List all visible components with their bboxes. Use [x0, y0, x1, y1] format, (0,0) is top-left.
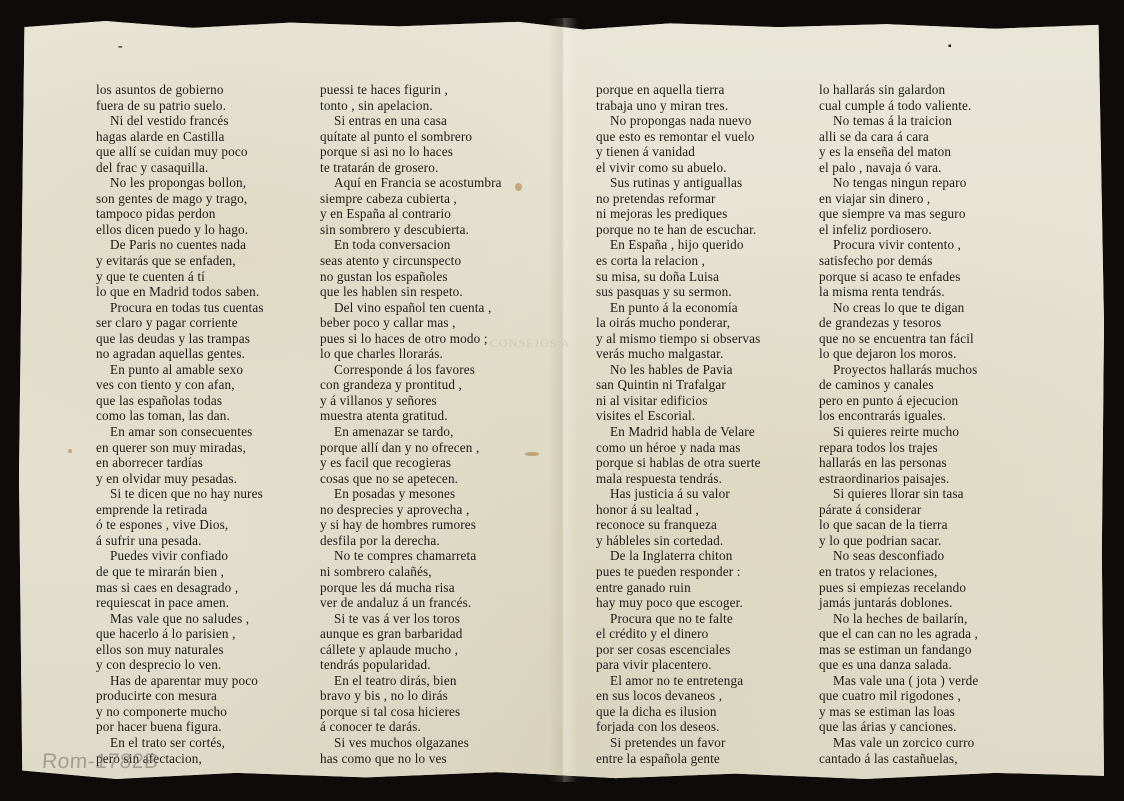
verse-line: que no se encuentra tan fácil — [819, 331, 978, 347]
verse-line: En punto á la economía — [596, 300, 761, 316]
verse-line: requiescat in pace amen. — [96, 595, 264, 611]
verse-line: Si quieres reirte mucho — [819, 424, 978, 440]
verse-line: trabaja uno y miran tres. — [596, 98, 761, 114]
verse-line: En el teatro dirás, bien — [320, 673, 502, 689]
ink-mark-left: - — [118, 40, 123, 54]
verse-line: y en olvidar muy pesadas. — [96, 471, 264, 487]
verse-line: en viajar sin dinero , — [819, 191, 978, 207]
verse-line: cállete y aplaude mucho , — [320, 642, 502, 658]
verse-line: Aquí en Francia se acostumbra — [320, 175, 502, 191]
verse-line: ni mejoras les prediques — [596, 206, 761, 222]
verse-line: y no componerte mucho — [96, 704, 264, 720]
verse-line: producirte con mesura — [96, 688, 264, 704]
verse-line: Si entras en una casa — [320, 113, 502, 129]
verse-line: porque no te han de escuchar. — [596, 222, 761, 238]
verse-line: es corta la relacion , — [596, 253, 761, 269]
verse-line: hallarás en las personas — [819, 455, 978, 471]
verse-line: para vivir placentero. — [596, 657, 761, 673]
verse-line: tampoco pidas perdon — [96, 206, 264, 222]
stain-mark — [515, 183, 522, 191]
verse-line: que las deudas y las trampas — [96, 331, 264, 347]
verse-line: entre la española gente — [596, 751, 761, 767]
verse-line: pues si empiezas recelando — [819, 580, 978, 596]
verse-line: mas si caes en desagrado , — [96, 580, 264, 596]
verse-line: En España , hijo querido — [596, 237, 761, 253]
verse-line: san Quintin ni Trafalgar — [596, 377, 761, 393]
verse-line: has como que no lo ves — [320, 751, 502, 767]
verse-line: que cuatro mil rigodones , — [819, 688, 978, 704]
verse-line: sin sombrero y descubierta. — [320, 222, 502, 238]
verse-line: que las españolas todas — [96, 393, 264, 409]
verse-line: ni al visitar edificios — [596, 393, 761, 409]
verse-line: en querer son muy miradas, — [96, 440, 264, 456]
verse-line: los encontrarás iguales. — [819, 408, 978, 424]
verse-line: que hacerlo á lo parisien , — [96, 626, 264, 642]
scanned-document: - ▪ CONSEJOS A los asuntos de gobierno f… — [0, 0, 1124, 801]
verse-line: En el trato ser cortés, — [96, 735, 264, 751]
verse-line: porque si acaso te enfades — [819, 269, 978, 285]
stain-mark — [68, 449, 72, 453]
verse-line: son gentes de mago y trago, — [96, 191, 264, 207]
verse-line: por ser cosas escenciales — [596, 642, 761, 658]
verse-line: ó te espones , vive Dios, — [96, 517, 264, 533]
verse-line: y si hay de hombres rumores — [320, 517, 502, 533]
text-column-4: lo hallarás sin galardon cual cumple á t… — [819, 82, 978, 766]
verse-line: ver de andaluz á un francés. — [320, 595, 502, 611]
verse-line: párate á considerar — [819, 502, 978, 518]
verse-line: Has de aparentar muy poco — [96, 673, 264, 689]
verse-line: su misa, su doña Luisa — [596, 269, 761, 285]
verse-line: porque si hablas de otra suerte — [596, 455, 761, 471]
verse-line: jamás juntarás doblones. — [819, 595, 978, 611]
verse-line: De la Inglaterra chiton — [596, 548, 761, 564]
verse-line: á conocer te darás. — [320, 719, 502, 735]
verse-line: no gustan los españoles — [320, 269, 502, 285]
verse-line: muestra atenta gratitud. — [320, 408, 502, 424]
verse-line: No propongas nada nuevo — [596, 113, 761, 129]
verse-line: del frac y casaquilla. — [96, 160, 264, 176]
stain-mark — [525, 452, 539, 456]
verse-line: honor á su lealtad , — [596, 502, 761, 518]
verse-line: ellos son muy naturales — [96, 642, 264, 658]
verse-line: El amor no te entretenga — [596, 673, 761, 689]
verse-line: mas se estiman un fandango — [819, 642, 978, 658]
verse-line: cantado á las castañuelas, — [819, 751, 978, 767]
verse-line: Corresponde á los favores — [320, 362, 502, 378]
verse-line: y evitarás que se enfaden, — [96, 253, 264, 269]
verse-line: de grandezas y tesoros — [819, 315, 978, 331]
verse-line: alli se da cara á cara — [819, 129, 978, 145]
verse-line: En punto al amable sexo — [96, 362, 264, 378]
verse-line: Has justicia á su valor — [596, 486, 761, 502]
verse-line: En Madrid habla de Velare — [596, 424, 761, 440]
verse-line: y lo que podrian sacar. — [819, 533, 978, 549]
verse-line: No les propongas bollon, — [96, 175, 264, 191]
ink-mark-right: ▪ — [948, 42, 952, 52]
verse-line: Del vino español ten cuenta , — [320, 300, 502, 316]
verse-line: En amenazar se tardo, — [320, 424, 502, 440]
verse-line: Ni del vestido francés — [96, 113, 264, 129]
verse-line: pues si lo haces de otro modo ; — [320, 331, 502, 347]
verse-line: visites el Escorial. — [596, 408, 761, 424]
verse-line: y á villanos y señores — [320, 393, 502, 409]
verse-line: emprende la retirada — [96, 502, 264, 518]
verse-line: que les hablen sin respeto. — [320, 284, 502, 300]
verse-line: No te compres chamarreta — [320, 548, 502, 564]
verse-line: porque en aquella tierra — [596, 82, 761, 98]
verse-line: Mas vale que no saludes , — [96, 611, 264, 627]
verse-line: por hacer buena figura. — [96, 719, 264, 735]
pencil-shelfmark: Rom-1782B — [41, 750, 159, 774]
verse-line: No la heches de bailarín, — [819, 611, 978, 627]
verse-line: como un héroe y nada mas — [596, 440, 761, 456]
verse-line: Procura en todas tus cuentas — [96, 300, 264, 316]
verse-line: como las toman, las dan. — [96, 408, 264, 424]
verse-line: Si ves muchos olgazanes — [320, 735, 502, 751]
verse-line: el infeliz pordiosero. — [819, 222, 978, 238]
verse-line: reconoce su franqueza — [596, 517, 761, 533]
verse-line: la misma renta tendrás. — [819, 284, 978, 300]
verse-line: y hábleles sin cortedad. — [596, 533, 761, 549]
verse-line: seas atento y circunspecto — [320, 253, 502, 269]
verse-line: hay muy poco que escoger. — [596, 595, 761, 611]
verse-line: No temas á la traicion — [819, 113, 978, 129]
verse-line: estraordinarios paisajes. — [819, 471, 978, 487]
verse-line: y mas se estiman las loas — [819, 704, 978, 720]
verse-line: No tengas ningun reparo — [819, 175, 978, 191]
verse-line: Si te vas á ver los toros — [320, 611, 502, 627]
showthrough-text: CONSEJOS A — [490, 336, 570, 351]
verse-line: que esto es remontar el vuelo — [596, 129, 761, 145]
verse-line: el palo , navaja ó vara. — [819, 160, 978, 176]
verse-line: Sus rutinas y antiguallas — [596, 175, 761, 191]
verse-line: y es la enseña del maton — [819, 144, 978, 160]
verse-line: beber poco y callar mas , — [320, 315, 502, 331]
verse-line: lo que sacan de la tierra — [819, 517, 978, 533]
verse-line: ser claro y pagar corriente — [96, 315, 264, 331]
verse-line: ni sombrero calañés, — [320, 564, 502, 580]
verse-line: repara todos los trajes — [819, 440, 978, 456]
verse-line: entre ganado ruin — [596, 580, 761, 596]
verse-line: puessi te haces figurin , — [320, 82, 502, 98]
verse-line: y que te cuenten á tí — [96, 269, 264, 285]
verse-line: tonto , sin apelacion. — [320, 98, 502, 114]
verse-line: el vivir como su abuelo. — [596, 160, 761, 176]
verse-line: fuera de su patrio suelo. — [96, 98, 264, 114]
verse-line: de que te mirarán bien , — [96, 564, 264, 580]
verse-line: de caminos y canales — [819, 377, 978, 393]
verse-line: desfila por la derecha. — [320, 533, 502, 549]
verse-line: De Paris no cuentes nada — [96, 237, 264, 253]
verse-line: ves con tiento y con afan, — [96, 377, 264, 393]
verse-line: No creas lo que te digan — [819, 300, 978, 316]
verse-line: cual cumple á todo valiente. — [819, 98, 978, 114]
verse-line: No seas desconfiado — [819, 548, 978, 564]
verse-line: siempre cabeza cubierta , — [320, 191, 502, 207]
verse-line: la oirás mucho ponderar, — [596, 315, 761, 331]
verse-line: el crédito y el dinero — [596, 626, 761, 642]
verse-line: en sus locos devaneos , — [596, 688, 761, 704]
verse-line: que allí se cuidan muy poco — [96, 144, 264, 160]
verse-line: ellos dicen puedo y lo hago. — [96, 222, 264, 238]
verse-line: Si pretendes un favor — [596, 735, 761, 751]
verse-line: en aborrecer tardías — [96, 455, 264, 471]
verse-line: Procura vivir contento , — [819, 237, 978, 253]
verse-line: á sufrir una pesada. — [96, 533, 264, 549]
verse-line: no desprecies y aprovecha , — [320, 502, 502, 518]
verse-line: y con desprecio lo ven. — [96, 657, 264, 673]
text-column-2: puessi te haces figurin , tonto , sin ap… — [320, 82, 502, 766]
verse-line: no pretendas reformar — [596, 191, 761, 207]
verse-line: pues te pueden responder : — [596, 564, 761, 580]
verse-line: lo que dejaron los moros. — [819, 346, 978, 362]
verse-line: satisfecho por demás — [819, 253, 978, 269]
verse-line: Mas vale un zorcico curro — [819, 735, 978, 751]
verse-line: aunque es gran barbaridad — [320, 626, 502, 642]
verse-line: No les hables de Pavia — [596, 362, 761, 378]
verse-line: te tratarán de grosero. — [320, 160, 502, 176]
verse-line: Proyectos hallarás muchos — [819, 362, 978, 378]
verse-line: porque si asi no lo haces — [320, 144, 502, 160]
verse-line: y es facil que recogieras — [320, 455, 502, 471]
verse-line: quítate al punto el sombrero — [320, 129, 502, 145]
verse-line: porque les dá mucha risa — [320, 580, 502, 596]
verse-line: En posadas y mesones — [320, 486, 502, 502]
verse-line: sus pasquas y su sermon. — [596, 284, 761, 300]
verse-line: En amar son consecuentes — [96, 424, 264, 440]
verse-line: en tratos y relaciones, — [819, 564, 978, 580]
verse-line: que es una danza salada. — [819, 657, 978, 673]
verse-line: lo que en Madrid todos saben. — [96, 284, 264, 300]
text-column-3: porque en aquella tierra trabaja uno y m… — [596, 82, 761, 766]
verse-line: Si te dicen que no hay nures — [96, 486, 264, 502]
verse-line: que la dicha es ilusion — [596, 704, 761, 720]
verse-line: hagas alarde en Castilla — [96, 129, 264, 145]
text-column-1: los asuntos de gobierno fuera de su patr… — [96, 82, 264, 766]
verse-line: forjada con los deseos. — [596, 719, 761, 735]
verse-line: que las árias y canciones. — [819, 719, 978, 735]
verse-line: porque allí dan y no ofrecen , — [320, 440, 502, 456]
verse-line: En toda conversacion — [320, 237, 502, 253]
verse-line: tendrás popularidad. — [320, 657, 502, 673]
verse-line: mala respuesta tendrás. — [596, 471, 761, 487]
verse-line: bravo y bis , no lo dirás — [320, 688, 502, 704]
verse-line: Puedes vivir confiado — [96, 548, 264, 564]
verse-line: y tienen á vanidad — [596, 144, 761, 160]
verse-line: cosas que no se apetecen. — [320, 471, 502, 487]
verse-line: Si quieres llorar sin tasa — [819, 486, 978, 502]
verse-line: los asuntos de gobierno — [96, 82, 264, 98]
verse-line: Mas vale una ( jota ) verde — [819, 673, 978, 689]
verse-line: lo hallarás sin galardon — [819, 82, 978, 98]
verse-line: y al mismo tiempo si observas — [596, 331, 761, 347]
verse-line: porque si tal cosa hicieres — [320, 704, 502, 720]
verse-line: con grandeza y prontitud , — [320, 377, 502, 393]
verse-line: lo que charles llorarás. — [320, 346, 502, 362]
verse-line: no agradan aquellas gentes. — [96, 346, 264, 362]
verse-line: que el can can no les agrada , — [819, 626, 978, 642]
verse-line: pero en punto á ejecucion — [819, 393, 978, 409]
verse-line: y en España al contrario — [320, 206, 502, 222]
verse-line: verás mucho malgastar. — [596, 346, 761, 362]
verse-line: que siempre va mas seguro — [819, 206, 978, 222]
verse-line: Procura que no te falte — [596, 611, 761, 627]
